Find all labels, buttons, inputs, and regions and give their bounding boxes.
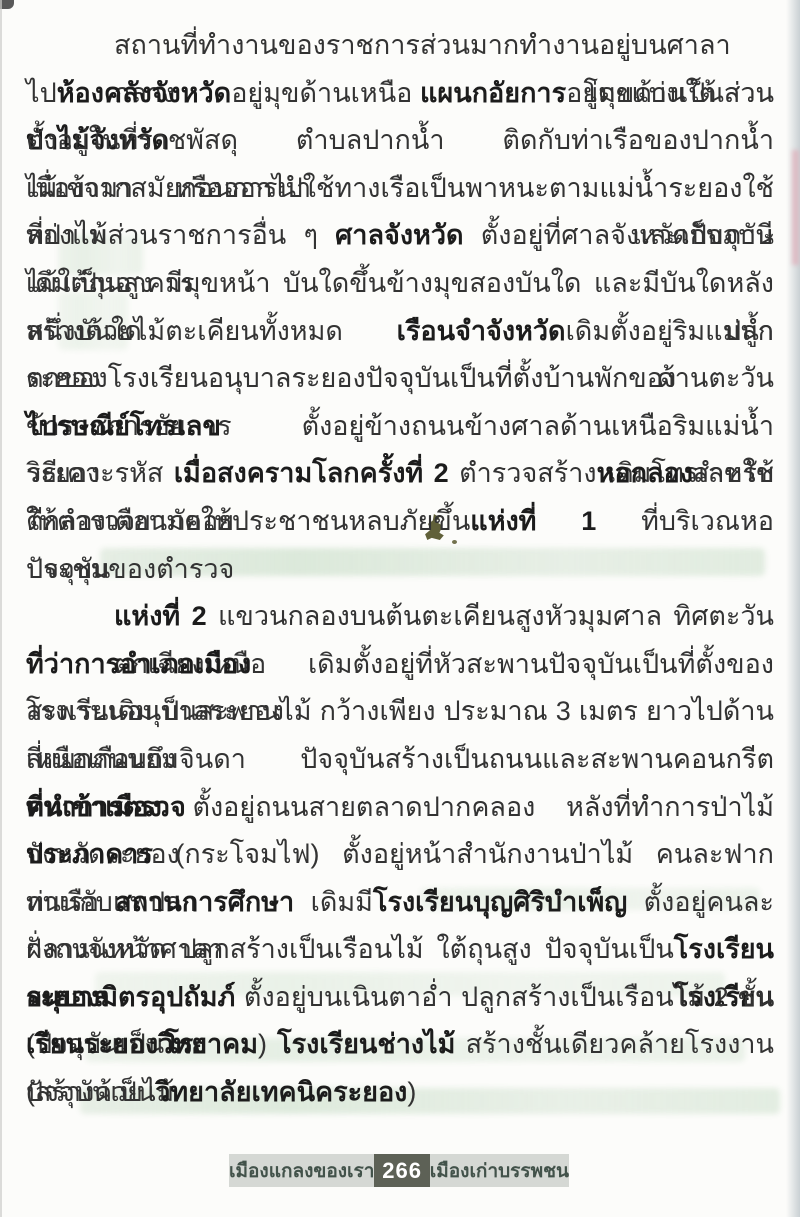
footer-right-title: เมืองเก่าบรรพชน (430, 1154, 569, 1187)
text-segment: หอกลอง (597, 458, 693, 488)
text-segment: โรงเรียนช่างไม้ (277, 1029, 455, 1059)
text-line: ท่าเรือ สถานการศึกษา เดิมมีโรงเรียนบุญศิ… (26, 879, 774, 927)
text-line: คนเข้าเมือง ตั้งอยู่ถนนสายตลาดปากคลอง หล… (26, 784, 774, 832)
text-line: วิธีเคาะรหัส เมื่อสงครามโลกครั้งที่ 2 ตำ… (26, 450, 774, 498)
text-segment: ศาลจังหวัด (335, 220, 463, 250)
text-line: กลางจังหวัด ปลูกสร้างเป็นเรือนไม้ ใต้ถุน… (26, 926, 774, 974)
scan-corner-mark (0, 0, 14, 9)
text-segment: เรือนจำจังหวัด (397, 316, 566, 346)
text-line: ไปรษณีย์โทรเลข ตั้งอยู่ข้างถนนข้างศาลด้า… (26, 403, 774, 451)
text-segment: ปัจจุบันเป็น (26, 1077, 155, 1107)
text-segment: อยู่มุขด้านใต้ ส่วน (566, 78, 774, 108)
scan-left-edge (0, 0, 2, 1217)
scan-color-streak (792, 150, 799, 265)
text-segment: ไป (26, 78, 57, 108)
footer-banner: เมืองแกลงของเรา 266 เมืองเก่าบรรพชน (229, 1154, 569, 1187)
text-line: ไม้เข้ามา หรือออกไปใช้ทางเรือเป็นพาหนะตา… (26, 165, 774, 213)
text-segment: เมื่อสงครามโลกครั้งที่ 2 (174, 458, 449, 488)
text-segment: สถานการศึกษา (115, 887, 294, 917)
text-segment: ) (258, 1029, 277, 1059)
text-segment: โรงเรียนบุญศิริบำเพ็ญ (373, 887, 627, 917)
text-segment: ประภาคาร (26, 839, 153, 869)
page-number-badge: 266 (374, 1154, 429, 1187)
text-line: ที่ว่าการอำเภอเมือง เดิมตั้งอยู่ที่หัวสะ… (26, 641, 774, 689)
text-segment: คนเข้าเมือง (26, 792, 162, 822)
text-line: สะพานเดิมเป็นสะพานไม้ กว้างเพียง ประมาณ … (26, 688, 774, 736)
text-line: สร้างด้วยไม้ตะเคียนทั้งหมด เรือนจำจังหวั… (26, 308, 774, 356)
text-segment: ไปรษณีย์โทรเลข (26, 411, 221, 441)
text-line: เรียนระยองวิทยาคม) โรงเรียนช่างไม้ สร้าง… (26, 1021, 774, 1069)
text-segment: ตีกลองเตือนภัยให้ประชาชนหลบภัยขึ้น (26, 506, 470, 536)
text-line: ปัจจุบันเป็นวิทยาลัยเทคนิคระยอง) (26, 1069, 774, 1117)
text-line: สถานที่ทำงานของราชการส่วนมากทำงานอยู่บนศ… (26, 22, 774, 70)
text-segment: สร้างด้วยไม้ตะเคียนทั้งหมด (26, 316, 397, 346)
scanned-book-page: { "document": { "lines": [ {"indent": tr… (0, 0, 800, 1217)
text-line: ตกของโรงเรียนอนุบาลระยองปัจจุบันเป็นที่ต… (26, 355, 774, 403)
text-segment: แผนกอัยการ (420, 78, 566, 108)
text-segment: กลางจังหวัด ปลูกสร้างเป็นเรือนไม้ ใต้ถุน… (26, 934, 674, 964)
text-segment: ห้องคลังจังหวัด (57, 78, 232, 108)
text-line: ประภาคาร (กระโจมไฟ) ตั้งอยู่หน้าสำนักงาน… (26, 831, 774, 879)
text-segment: ระยองมิตรอุปถัมภ์ (26, 982, 235, 1012)
text-line: ที่ป่าไม้ส่วนราชการอื่น ๆ ศาลจังหวัด ตั้… (26, 212, 774, 260)
text-segment: อยู่มุขด้านเหนือ (231, 78, 420, 108)
text-line: ตั้งอยู่ในที่ราชพัสดุ ตำบลปากน้ำ ติดกับท… (26, 117, 774, 165)
text-segment: ท่าเรือ (26, 887, 115, 917)
text-segment: ที่ป่าไม้ส่วนราชการอื่น ๆ (26, 220, 335, 250)
text-segment: สี่แยกถนนยมจินดา ปัจจุบันสร้างเป็นถนนและ… (26, 744, 774, 774)
text-segment: แห่งที่ 2 (114, 601, 207, 631)
text-segment: เดิมมี (294, 887, 373, 917)
text-line: ระยองมิตรอุปถัมภ์ ตั้งอยู่บนเนินตาอ่ำ ปล… (26, 974, 774, 1022)
text-segment: ที่ว่าการอำเภอเมือง (26, 649, 251, 679)
text-segment: แห่งที่ 1 (470, 506, 596, 536)
text-segment: ) (407, 1077, 416, 1107)
text-segment: เรียนระยองวิทยาคม (26, 1029, 258, 1059)
text-line: ตีกลองเตือนภัยให้ประชาชนหลบภัยขึ้นแห่งที… (26, 498, 774, 546)
text-block: สถานที่ทำงานของราชการส่วนมากทำงานอยู่บนศ… (26, 22, 774, 1117)
text-segment: ตำรวจสร้าง (449, 458, 597, 488)
text-segment: วิทยาลัยเทคนิคระยอง (155, 1077, 407, 1107)
text-line: ไม้ใต้ถุนสูง มีมุขหน้า บันใดขึ้นข้างมุขส… (26, 260, 774, 308)
text-segment: ปัจจุบัน (26, 554, 110, 584)
text-line: แห่งที่ 2 แขวนกลองบนต้นตะเคียนสูงหัวมุมศ… (26, 593, 774, 641)
text-line: ไปห้องคลังจังหวัดอยู่มุขด้านเหนือ แผนกอั… (26, 70, 774, 118)
footer-left-title: เมืองแกลงของเรา (229, 1154, 374, 1187)
text-line: สี่แยกถนนยมจินดา ปัจจุบันสร้างเป็นถนนและ… (26, 736, 774, 784)
text-segment: วิธีเคาะรหัส (26, 458, 174, 488)
